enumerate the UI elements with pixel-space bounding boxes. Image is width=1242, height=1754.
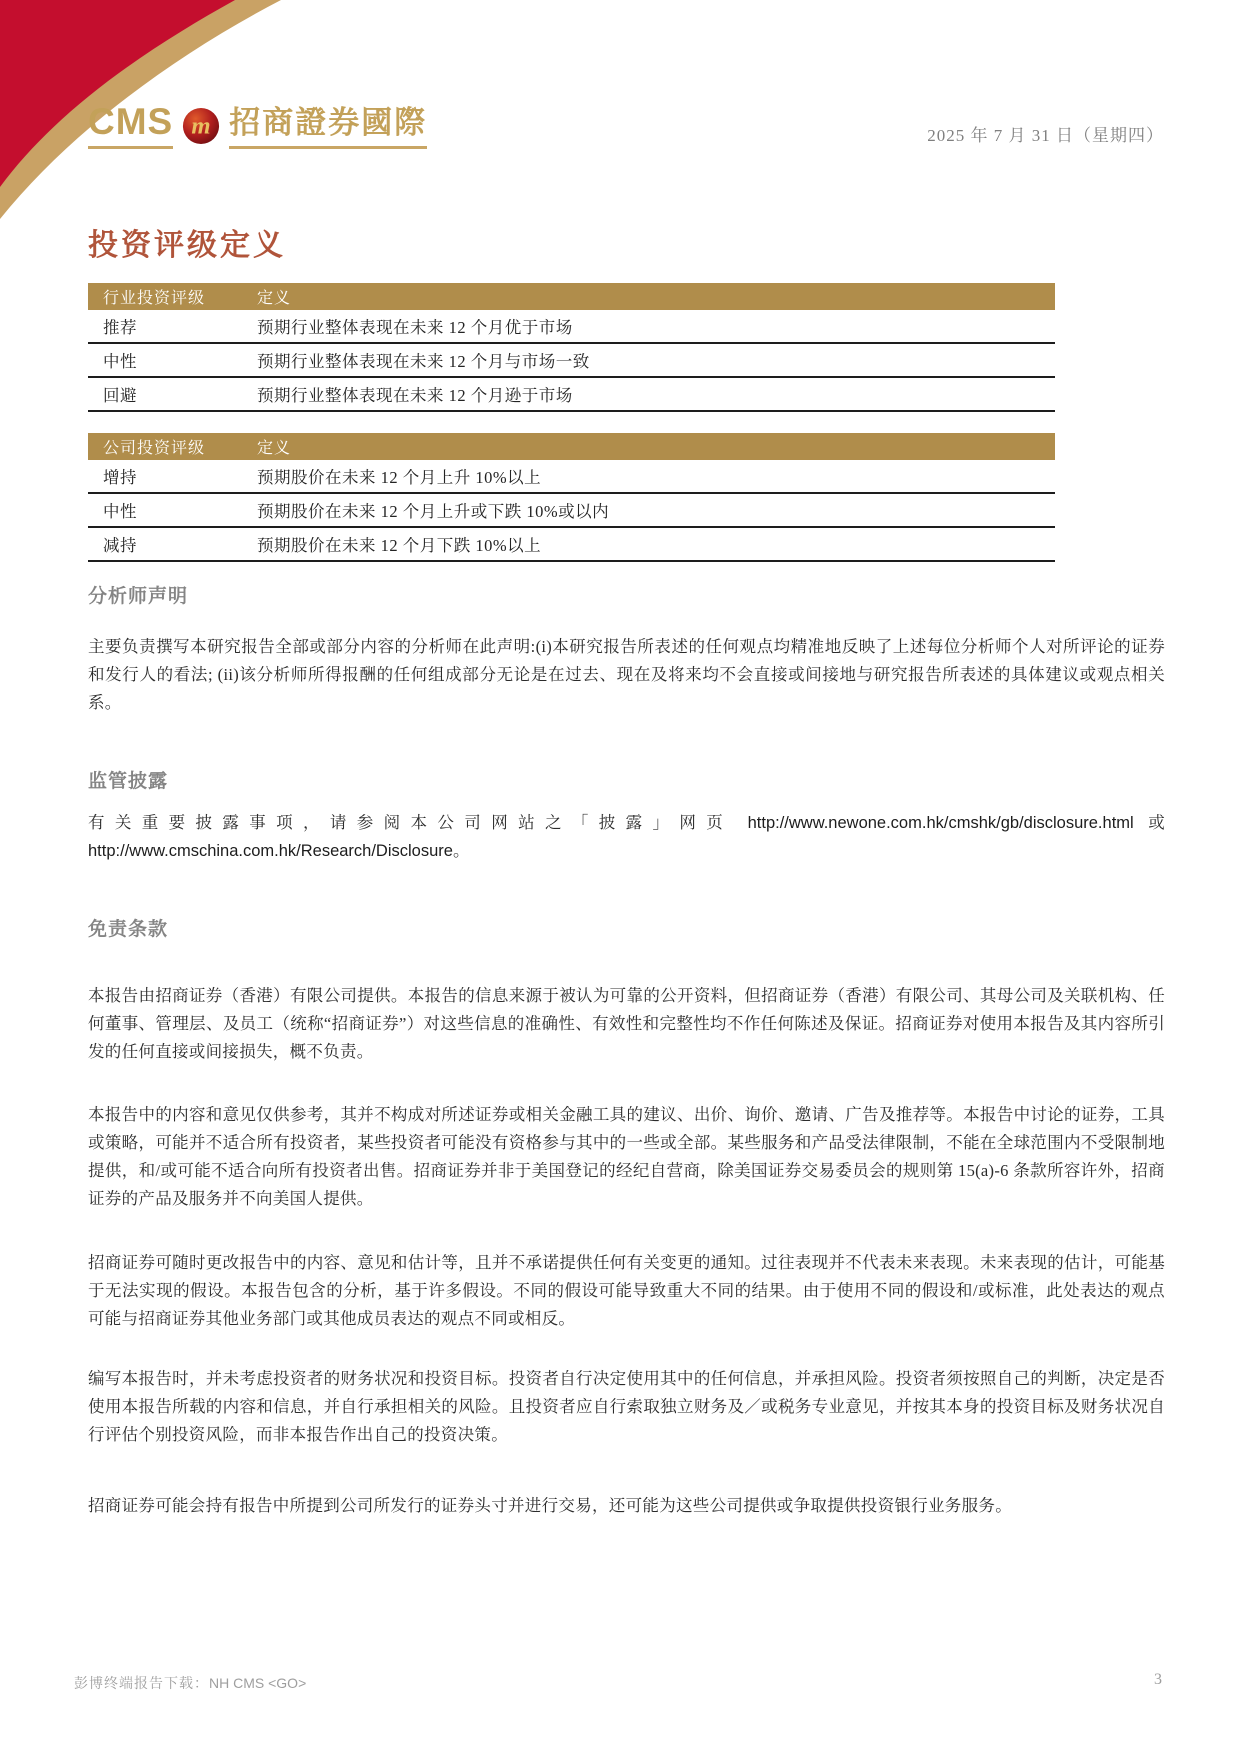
section-heading-regulatory-disclosure: 监管披露	[88, 770, 1165, 794]
bloomberg-code: NH CMS <GO>	[209, 1675, 306, 1691]
regulatory-intro-text: 有关重要披露事项，请参阅本公司网站之「披露」网页	[88, 813, 748, 832]
regulatory-ending-text: 。	[453, 841, 470, 860]
cms-badge-icon: m	[182, 107, 220, 145]
disclosure-link-cmschina[interactable]: http://www.cmschina.com.hk/Research/Disc…	[88, 842, 453, 860]
definition-cell: 预期股价在未来 12 个月上升或下跌 10%或以内	[257, 493, 1055, 527]
rating-cell: 中性	[88, 343, 257, 377]
disclaimer-paragraph: 编写本报告时，并未考虑投资者的财务状况和投资目标。投资者自行决定使用其中的任何信…	[88, 1365, 1165, 1449]
rating-cell: 中性	[88, 493, 257, 527]
rating-cell: 减持	[88, 527, 257, 561]
section-heading-analyst-statement: 分析师声明	[88, 585, 1165, 609]
cms-logo-text: CMS	[88, 103, 173, 149]
definition-cell: 预期行业整体表现在未来 12 个月逊于市场	[257, 377, 1055, 411]
regulatory-disclosure-paragraph: 有关重要披露事项，请参阅本公司网站之「披露」网页 http://www.newo…	[88, 809, 1165, 865]
disclaimer-paragraph: 招商证券可能会持有报告中所提到公司所发行的证券头寸并进行交易，还可能为这些公司提…	[88, 1492, 1165, 1520]
regulatory-connector-text: 或	[1134, 813, 1165, 832]
definition-cell: 预期股价在未来 12 个月上升 10%以上	[257, 460, 1055, 493]
report-page: CMS m 招商證券國際 2025 年 7 月 31 日（星期四） 投资评级定义	[0, 0, 1242, 1754]
industry-rating-table: 行业投资评级 定义 推荐 预期行业整体表现在未来 12 个月优于市场 中性 预期…	[88, 283, 1055, 412]
company-rating-table: 公司投资评级 定义 增持 预期股价在未来 12 个月上升 10%以上 中性 预期…	[88, 433, 1055, 562]
disclaimer-paragraph: 招商证券可随时更改报告中的内容、意见和估计等，且并不承诺提供任何有关变更的通知。…	[88, 1249, 1165, 1333]
column-header-definition: 定义	[257, 283, 1055, 310]
disclosure-link-newone[interactable]: http://www.newone.com.hk/cmshk/gb/disclo…	[748, 814, 1134, 832]
cms-logo-zh: 招商證券國際	[229, 107, 427, 149]
rating-cell: 增持	[88, 460, 257, 493]
page-title: 投资评级定义	[88, 228, 1165, 264]
definition-cell: 预期行业整体表现在未来 12 个月与市场一致	[257, 343, 1055, 377]
disclaimer-paragraph: 本报告中的内容和意见仅供参考，其并不构成对所述证券或相关金融工具的建议、出价、询…	[88, 1101, 1165, 1213]
disclaimer-paragraph: 本报告由招商证券（香港）有限公司提供。本报告的信息来源于被认为可靠的公开资料，但…	[88, 982, 1165, 1066]
report-date: 2025 年 7 月 31 日（星期四）	[927, 121, 1164, 146]
column-header-rating: 行业投资评级	[88, 283, 257, 310]
table-header-row: 行业投资评级 定义	[88, 283, 1055, 310]
page-number: 3	[1154, 1671, 1162, 1689]
footer-bloomberg: 彭博终端报告下载：NH CMS <GO>	[74, 1673, 306, 1693]
table-row: 回避 预期行业整体表现在未来 12 个月逊于市场	[88, 377, 1055, 411]
rating-cell: 推荐	[88, 310, 257, 343]
table-row: 减持 预期股价在未来 12 个月下跌 10%以上	[88, 527, 1055, 561]
content-area: 投资评级定义 行业投资评级 定义 推荐 预期行业整体表现在未来 12 个月优于市…	[0, 0, 1242, 1520]
column-header-definition: 定义	[257, 433, 1055, 460]
cms-logo: CMS m 招商證券國際	[88, 103, 427, 149]
table-row: 中性 预期股价在未来 12 个月上升或下跌 10%或以内	[88, 493, 1055, 527]
table-row: 增持 预期股价在未来 12 个月上升 10%以上	[88, 460, 1055, 493]
column-header-rating: 公司投资评级	[88, 433, 257, 460]
analyst-statement-paragraph: 主要负责撰写本研究报告全部或部分内容的分析师在此声明:(i)本研究报告所表述的任…	[88, 633, 1165, 717]
rating-cell: 回避	[88, 377, 257, 411]
table-row: 推荐 预期行业整体表现在未来 12 个月优于市场	[88, 310, 1055, 343]
table-header-row: 公司投资评级 定义	[88, 433, 1055, 460]
definition-cell: 预期股价在未来 12 个月下跌 10%以上	[257, 527, 1055, 561]
bloomberg-label: 彭博终端报告下载：	[74, 1677, 209, 1692]
section-heading-disclaimer: 免责条款	[88, 918, 1165, 942]
table-row: 中性 预期行业整体表现在未来 12 个月与市场一致	[88, 343, 1055, 377]
svg-text:m: m	[192, 113, 211, 140]
definition-cell: 预期行业整体表现在未来 12 个月优于市场	[257, 310, 1055, 343]
